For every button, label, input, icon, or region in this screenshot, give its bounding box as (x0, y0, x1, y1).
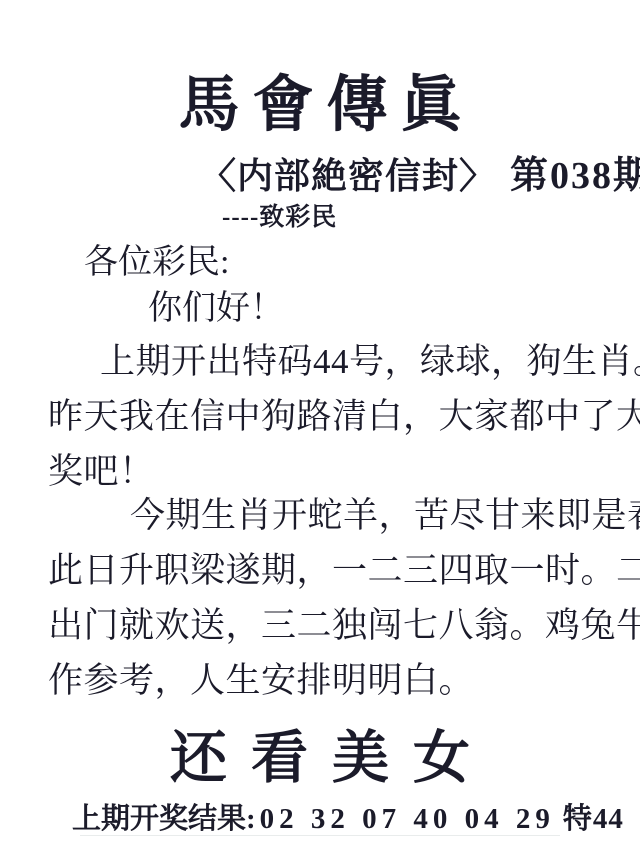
last-draw-results: 上期开奖结果:02 32 07 40 04 29特44 (72, 796, 624, 837)
envelope-label: 〈内部絶密信封〉 (200, 148, 496, 199)
salutation: 各位彩民: (84, 234, 229, 283)
paragraph-line: 作参考，人生安排明明白。 (0, 653, 640, 708)
dedication-line: ----致彩民 (222, 197, 337, 233)
greeting: 你们好！ (148, 280, 284, 329)
special-number: 特44 (563, 803, 624, 835)
scan-artifact-line (80, 835, 560, 836)
fax-title: 馬會傳眞 (0, 56, 640, 143)
fax-document: 馬會傳眞 〈内部絶密信封〉 第038期 ----致彩民 各位彩民: 你们好！ 上… (0, 0, 640, 848)
paragraph-this-draw: 今期生肖开蛇羊，苦尽甘来即是春。 此日升职梁遂期，一二三四取一时。二一 出门就欢… (0, 488, 640, 708)
issue-number: 第038期 (510, 144, 640, 199)
paragraph-line: 今期生肖开蛇羊，苦尽甘来即是春。 (0, 488, 640, 543)
paragraph-line: 出门就欢送，三二独闯七八翁。鸡兔牛猪 (0, 598, 640, 653)
subtitle-row: 〈内部絶密信封〉 第038期 (200, 144, 640, 199)
paragraph-line: 此日升职梁遂期，一二三四取一时。二一 (0, 543, 640, 598)
paragraph-line: 上期开出特码44号，绿球，狗生肖。 (0, 334, 640, 389)
paragraph-last-draw: 上期开出特码44号，绿球，狗生肖。 昨天我在信中狗路清白，大家都中了大 奖吧！ (0, 334, 640, 499)
last-draw-label: 上期开奖结果: (72, 803, 256, 835)
last-draw-numbers: 02 32 07 40 04 29 (260, 803, 555, 835)
paragraph-line: 昨天我在信中狗路清白，大家都中了大 (0, 389, 640, 444)
footer-headline: 还看美女 (0, 712, 640, 794)
